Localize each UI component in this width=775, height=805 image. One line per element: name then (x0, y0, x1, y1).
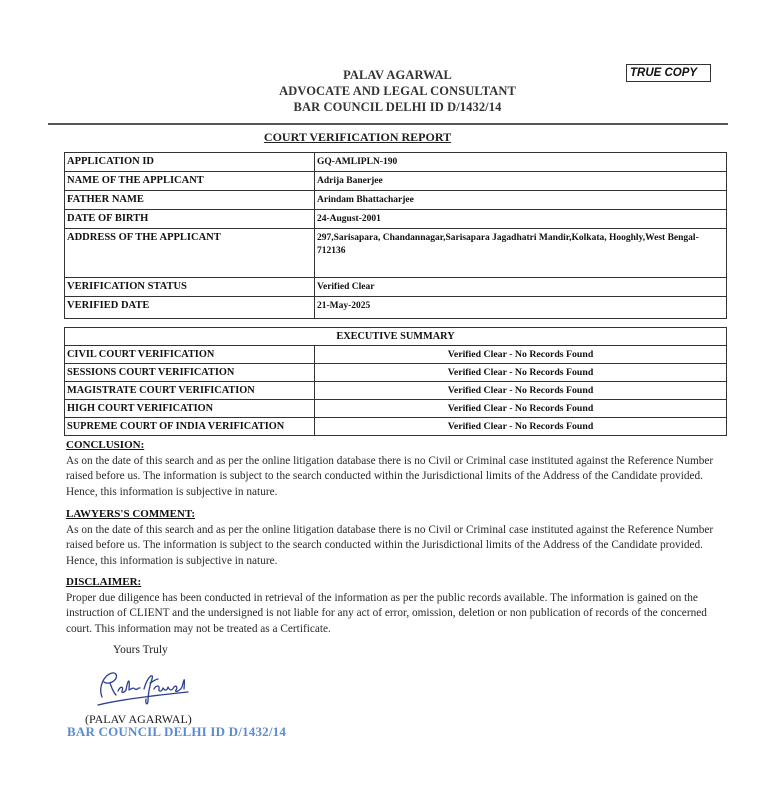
lawyers-comment-heading: LAWYERS'S COMMENT: (66, 507, 726, 523)
row-value: Verified Clear (315, 278, 727, 297)
row-value: 24-August-2001 (315, 210, 727, 229)
closing-salutation: Yours Truly (113, 644, 168, 656)
applicant-details-table: APPLICATION ID GQ-AMLIPLN-190 NAME OF TH… (64, 152, 727, 319)
row-label: VERIFICATION STATUS (65, 278, 315, 297)
row-label: APPLICATION ID (65, 153, 315, 172)
header-divider (48, 123, 728, 125)
table-row: APPLICATION ID GQ-AMLIPLN-190 (65, 153, 727, 172)
conclusion-text: As on the date of this search and as per… (66, 454, 726, 501)
table-row: CIVIL COURT VERIFICATION Verified Clear … (65, 346, 727, 364)
row-value: Verified Clear - No Records Found (315, 382, 727, 400)
row-value: 297,Sarisapara, Chandannagar,Sarisapara … (315, 229, 727, 278)
lawyers-comment-section: LAWYERS'S COMMENT: As on the date of thi… (66, 507, 726, 569)
conclusion-section: CONCLUSION: As on the date of this searc… (66, 438, 726, 500)
row-label: DATE OF BIRTH (65, 210, 315, 229)
row-value: GQ-AMLIPLN-190 (315, 153, 727, 172)
report-title: COURT VERIFICATION REPORT (0, 130, 745, 145)
row-label: CIVIL COURT VERIFICATION (65, 346, 315, 364)
row-value: Verified Clear - No Records Found (315, 418, 727, 436)
row-value: Arindam Bhattacharjee (315, 191, 727, 210)
row-value: 21-May-2025 (315, 297, 727, 319)
table-row: ADDRESS OF THE APPLICANT 297,Sarisapara,… (65, 229, 727, 278)
table-row: FATHER NAME Arindam Bhattacharjee (65, 191, 727, 210)
table-row: MAGISTRATE COURT VERIFICATION Verified C… (65, 382, 727, 400)
row-label: HIGH COURT VERIFICATION (65, 400, 315, 418)
table-row: DATE OF BIRTH 24-August-2001 (65, 210, 727, 229)
row-value: Verified Clear - No Records Found (315, 400, 727, 418)
advocate-bar-id: BAR COUNCIL DELHI ID D/1432/14 (20, 99, 775, 115)
row-label: ADDRESS OF THE APPLICANT (65, 229, 315, 278)
table-row: VERIFIED DATE 21-May-2025 (65, 297, 727, 319)
row-value: Verified Clear - No Records Found (315, 346, 727, 364)
lawyers-comment-text: As on the date of this search and as per… (66, 523, 726, 570)
table-row: SUPREME COURT OF INDIA VERIFICATION Veri… (65, 418, 727, 436)
signatory-bar-id: BAR COUNCIL DELHI ID D/1432/14 (67, 724, 286, 740)
table-row: VERIFICATION STATUS Verified Clear (65, 278, 727, 297)
conclusion-heading: CONCLUSION: (66, 438, 726, 454)
table-header-row: EXECUTIVE SUMMARY (65, 328, 727, 346)
row-label: NAME OF THE APPLICANT (65, 172, 315, 191)
signature-icon (88, 665, 198, 710)
row-label: SESSIONS COURT VERIFICATION (65, 364, 315, 382)
disclaimer-heading: DISCLAIMER: (66, 575, 726, 591)
row-label: SUPREME COURT OF INDIA VERIFICATION (65, 418, 315, 436)
true-copy-stamp: TRUE COPY (626, 64, 711, 82)
table-row: SESSIONS COURT VERIFICATION Verified Cle… (65, 364, 727, 382)
executive-summary-table: EXECUTIVE SUMMARY CIVIL COURT VERIFICATI… (64, 327, 727, 436)
disclaimer-text: Proper due diligence has been conducted … (66, 591, 726, 638)
table-row: NAME OF THE APPLICANT Adrija Banerjee (65, 172, 727, 191)
row-label: FATHER NAME (65, 191, 315, 210)
disclaimer-section: DISCLAIMER: Proper due diligence has bee… (66, 575, 726, 637)
row-label: MAGISTRATE COURT VERIFICATION (65, 382, 315, 400)
executive-summary-title: EXECUTIVE SUMMARY (65, 328, 727, 346)
row-label: VERIFIED DATE (65, 297, 315, 319)
row-value: Verified Clear - No Records Found (315, 364, 727, 382)
table-row: HIGH COURT VERIFICATION Verified Clear -… (65, 400, 727, 418)
row-value: Adrija Banerjee (315, 172, 727, 191)
advocate-designation: ADVOCATE AND LEGAL CONSULTANT (20, 83, 775, 99)
